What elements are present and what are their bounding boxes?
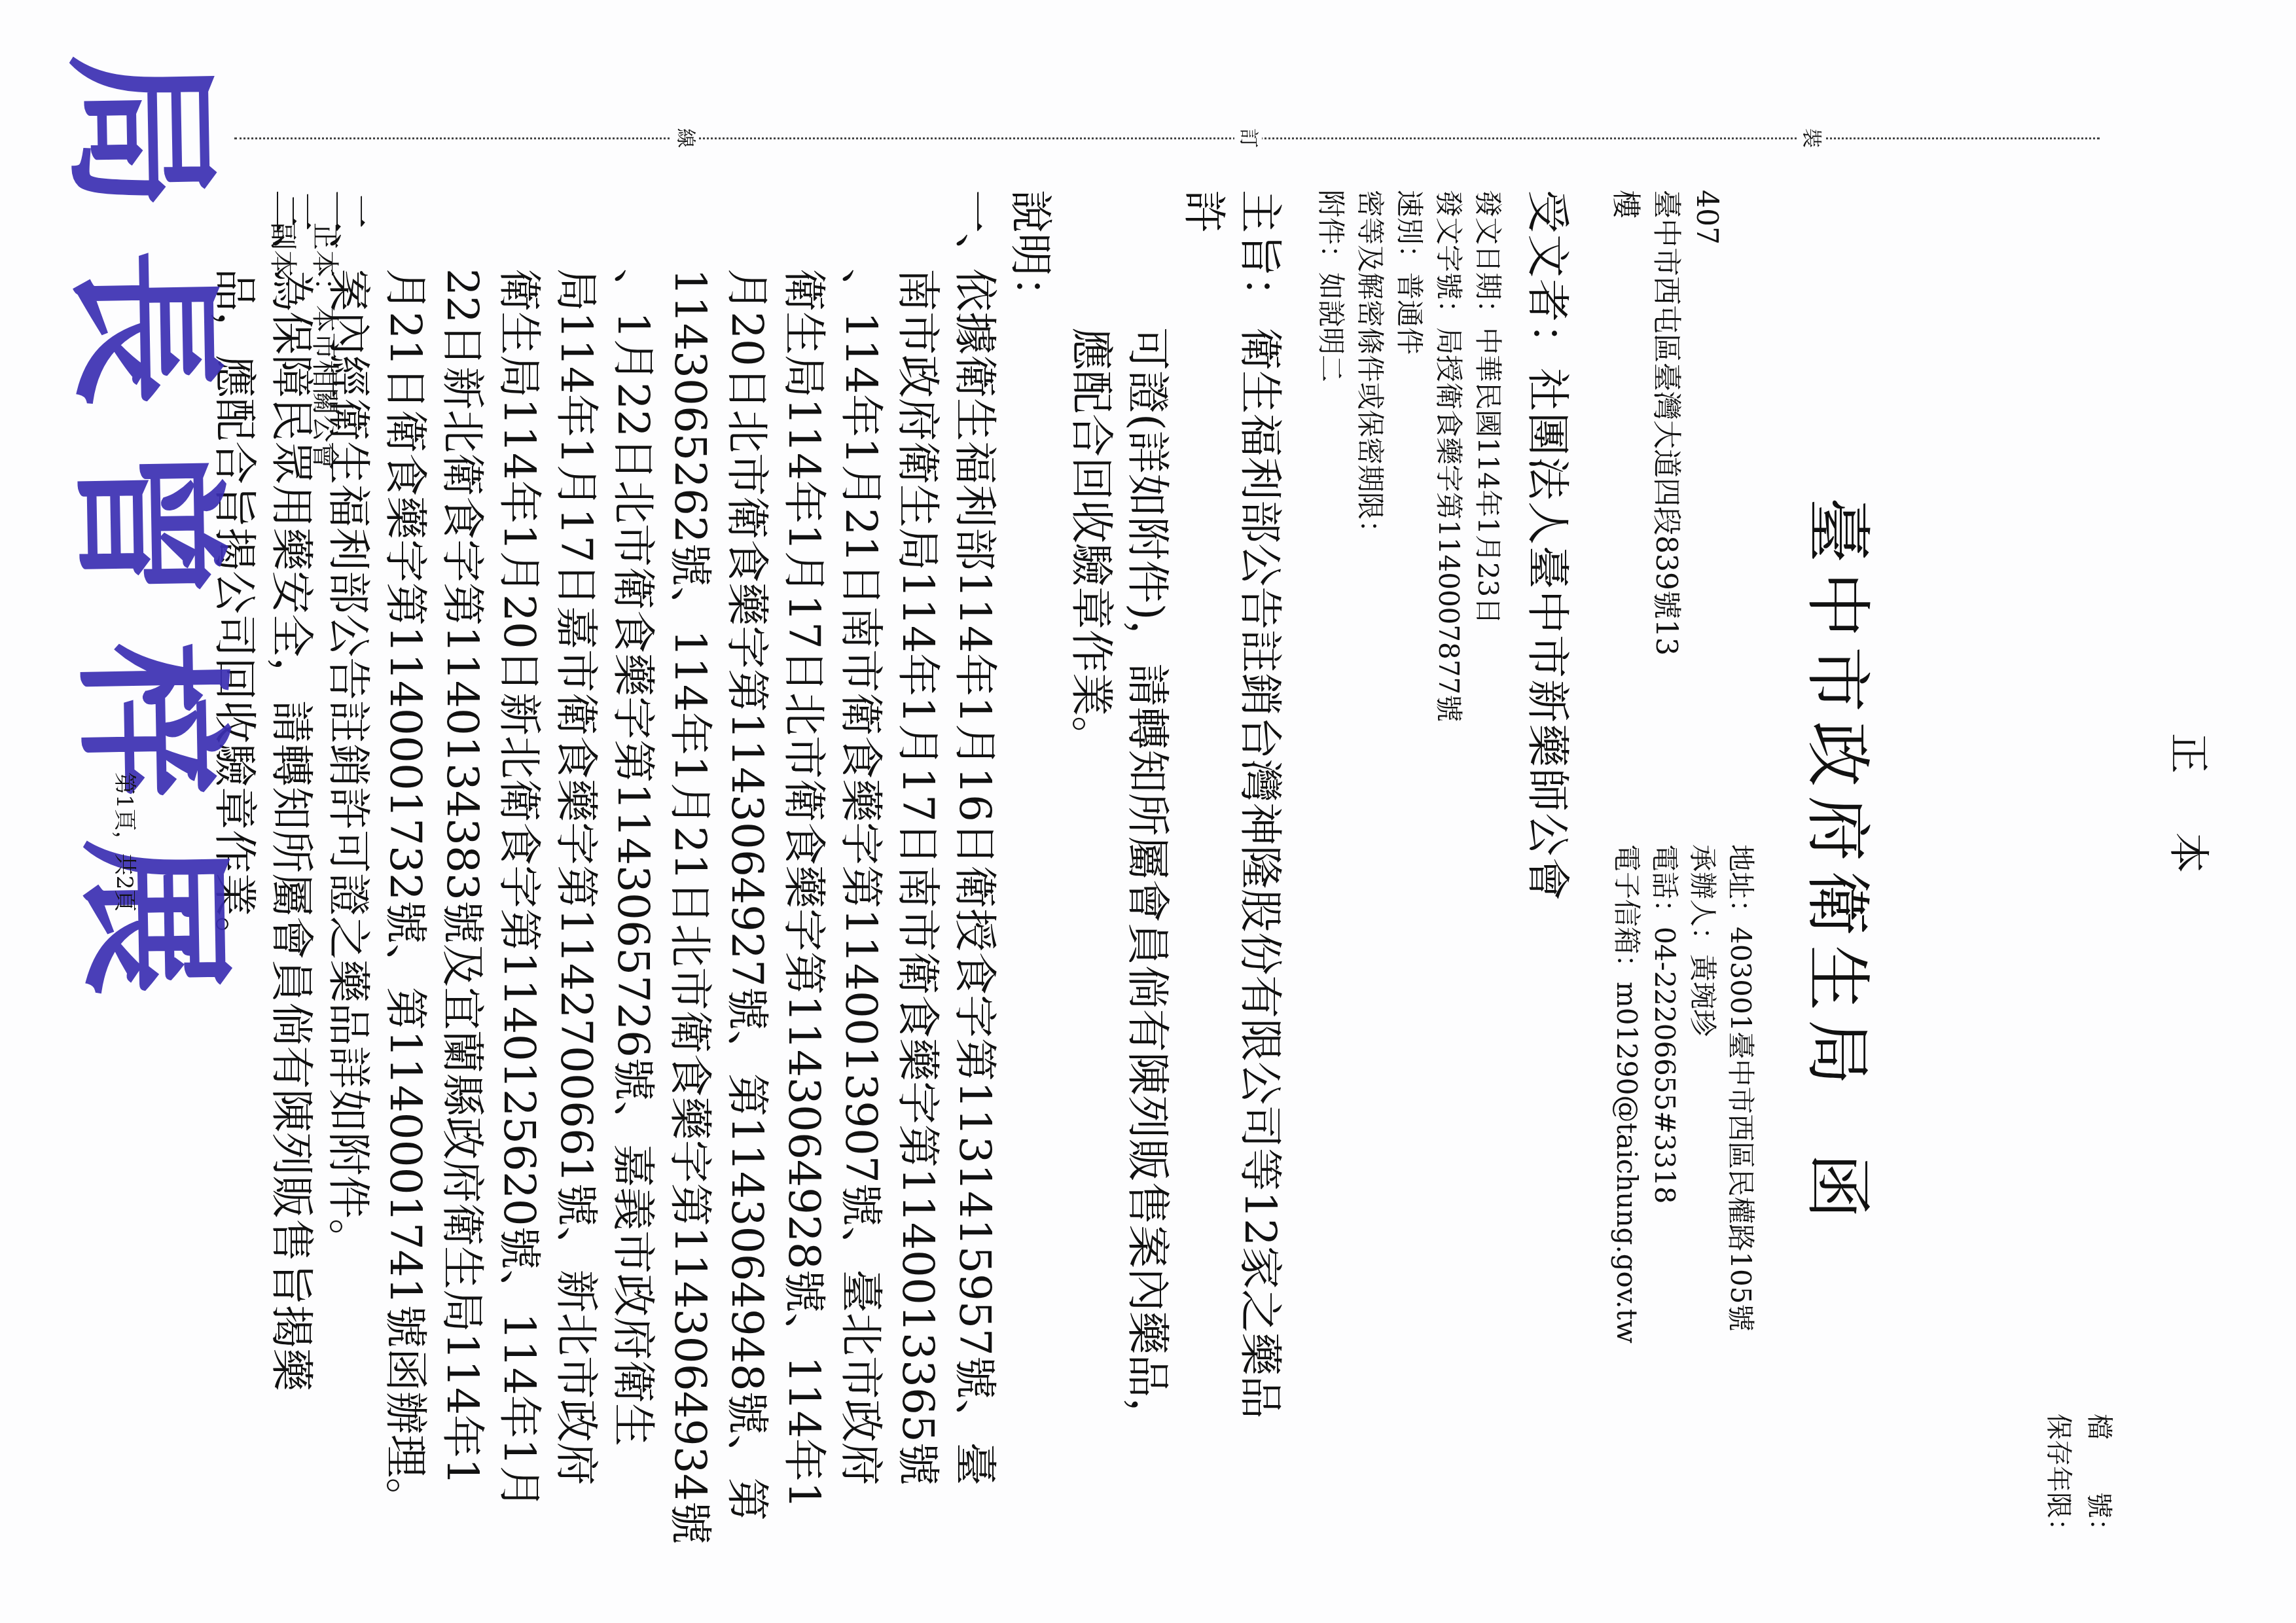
postal-address-line1: 臺中市西屯區臺灣大道四段839號13 bbox=[1645, 190, 1686, 656]
item-line: 月20日北市衛食藥字第1143064927號、第1143064948號、第 bbox=[719, 268, 776, 1466]
subject-line: 應配合回收驗章作業。 bbox=[1063, 190, 1119, 1446]
director-signature-stamp: 局長曾梓展 bbox=[39, 50, 282, 1036]
sender-contact: 地址：403001臺中市西區民權路105號 承辦人：黃琬珍 電話：04-2220… bbox=[1607, 844, 1759, 1344]
postal-code: 407 bbox=[1686, 190, 1727, 656]
document-type: 函 bbox=[1799, 1153, 1876, 1228]
recipient-postal-address: 407 臺中市西屯區臺灣大道四段839號13 樓 bbox=[1605, 190, 1727, 656]
original-recipients: 正本：本市相關公會 bbox=[304, 223, 346, 470]
subject-section: 主旨：衛生福利部公告註銷台灣神隆股份有限公司等12家之藥品許 可證(詳如附件)，… bbox=[1063, 190, 1288, 1446]
copy-type-label: 正本 bbox=[2162, 733, 2221, 932]
subject-line: 可證(詳如附件)，請轉知所屬會員倘有陳列販售案內藥品， bbox=[1119, 190, 1175, 1446]
delivery-speed: 速別：普通件 bbox=[1390, 190, 1429, 722]
handler-name: 承辦人：黃琬珍 bbox=[1683, 844, 1721, 1344]
item-line: 月21日衛食藥字第1140001732號、第1140001741號函辦理。 bbox=[377, 268, 434, 1466]
item-line: 、114年1月21日南市衛食藥字第1140013907號、臺北市政府 bbox=[833, 268, 889, 1466]
page-indicator: 第1頁，共2頁 bbox=[111, 772, 143, 912]
item-line: 局114年1月17日嘉市衛食藥字第1142700661號、新北市政府 bbox=[548, 268, 605, 1466]
item-line: 22日新北衛食字第1140134383號及宜蘭縣政府衛生局114年1 bbox=[434, 268, 491, 1466]
item-line: 衛生局114年1月17日北市衛食藥字第1143064928號、114年1 bbox=[776, 268, 833, 1466]
subject-line: 衛生福利部公告註銷台灣神隆股份有限公司等12家之藥品許 bbox=[1179, 190, 1285, 1419]
attachment-note: 附件：如說明二 bbox=[1311, 190, 1350, 722]
binding-label-xian: 線 bbox=[672, 128, 699, 148]
archive-info: 檔 號： 保存年限： bbox=[2038, 1414, 2119, 1544]
document-number: 發文字號：局授衛食藥字第1140007877號 bbox=[1429, 190, 1468, 722]
archive-number-label: 檔 號： bbox=[2079, 1414, 2119, 1544]
item-line: 依據衛生福利部114年1月16日衛授食字第1131415957號、臺 bbox=[946, 268, 1003, 1466]
subject-label: 主旨： bbox=[1232, 190, 1288, 327]
item-line: 南市政府衛生局114年1月17日南市衛食藥字第1140013365號 bbox=[889, 268, 946, 1466]
explanation-item-1: 一、 依據衛生福利部114年1月16日衛授食字第1131415957號、臺 南市… bbox=[377, 190, 1003, 1466]
document-title: 臺中市政府衛生局函 bbox=[1796, 497, 1890, 1228]
binding-label-ding: 訂 bbox=[1234, 128, 1262, 148]
agency-title: 臺中市政府衛生局 bbox=[1799, 497, 1876, 1094]
retention-period-label: 保存年限： bbox=[2038, 1414, 2079, 1544]
recipient-name: 社團法人臺中市新藥師公會 bbox=[1522, 368, 1573, 902]
distribution-list: 正本：本市相關公會 副本： bbox=[262, 223, 346, 470]
issue-date: 發文日期：中華民國114年1月23日 bbox=[1468, 190, 1507, 722]
sender-phone: 電話：04-22206655#3318 bbox=[1645, 844, 1683, 1344]
classification: 密等及解密條件或保密期限： bbox=[1350, 190, 1390, 722]
sender-email: 電子信箱：m01290@taichung.gov.tw bbox=[1607, 844, 1645, 1344]
recipient-label: 受文者： bbox=[1522, 190, 1573, 368]
recipient: 受文者：社團法人臺中市新藥師公會 bbox=[1520, 190, 1583, 902]
item-line: 1143065262號、114年1月21日北市衛食藥字第1143064934號 bbox=[662, 268, 719, 1466]
item-number: 一、 bbox=[946, 190, 1003, 268]
postal-address-line2: 樓 bbox=[1605, 190, 1645, 656]
item-line: 衛生局114年1月20日新北衛食字第1140125620號、114年1月 bbox=[491, 268, 548, 1466]
document-meta: 發文日期：中華民國114年1月23日 發文字號：局授衛食藥字第114000787… bbox=[1311, 190, 1507, 722]
binding-label-zhuang: 裝 bbox=[1797, 128, 1825, 148]
document-page: 裝 訂 線 正本 檔 號： 保存年限： 臺中市政府衛生局函 地址：403001臺… bbox=[0, 0, 2296, 1623]
explanation-label: 說明： bbox=[1003, 190, 1066, 319]
item-line: 、1月22日北市衛食藥字第1143065726號、嘉義市政府衛生 bbox=[605, 268, 662, 1466]
sender-address: 地址：403001臺中市西區民權路105號 bbox=[1721, 844, 1759, 1344]
